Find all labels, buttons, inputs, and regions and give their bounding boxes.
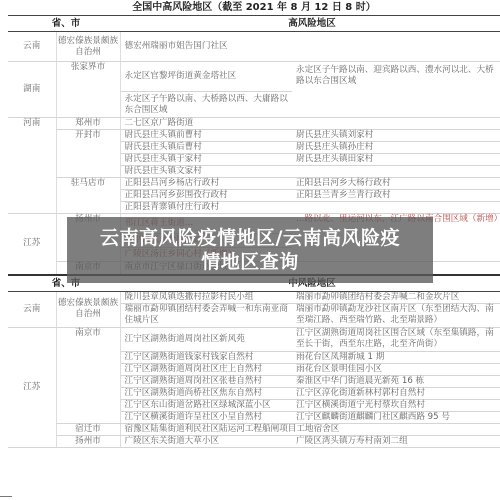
area-cell: 江宁区东山街道岔路社区绿城深蓝小区: [120, 399, 292, 411]
province-cell: 河南: [8, 118, 56, 214]
area-cell: 正阳县兰青乡兰青行政村: [292, 190, 500, 202]
area-cell: 二七区京广路街道: [120, 118, 500, 130]
area-cell: 尉氏县庄头镇前曹村: [120, 130, 292, 142]
area-cell: 尉氏县庄头镇于家村: [120, 154, 292, 166]
area-cell: 江宁区湖熟街道周岗社区围合区域（东至集镇路，南至长干街，西至东庄路，北至齐尚街）: [292, 327, 500, 351]
city-cell: 张家界市: [56, 62, 120, 118]
city-cell: 南京市: [56, 327, 120, 423]
article-title-overlay: 云南高风险疫情地区/云南高风险疫 情地区查询: [67, 217, 433, 283]
area-cell: 尉氏县庄头镇文家村: [120, 166, 292, 178]
area-cell: 永定区子午路以南、大桥路以西、大庸路以东合围区域: [120, 92, 292, 118]
table-row: 宿迁市 宿豫区陆集街道利民社区陆运河工程船闸项目工地宿舍区: [8, 423, 500, 435]
province-cell: 江苏: [8, 214, 56, 275]
area-cell: 广陵区东关街道大草小区: [120, 435, 292, 447]
area-cell: 正阳县吕河乡杨店行政村: [120, 178, 292, 190]
area-cell: 江宁区湖熟街道周岗社区庄上自然村: [120, 363, 292, 375]
area-cell: 江宁区淳化街道新林村郭村自然村: [292, 387, 500, 399]
area-cell: 雨花台区景明佳园小区: [292, 363, 500, 375]
area-cell: 尉氏县庄头镇后曹村: [120, 142, 292, 154]
table-row: 扬州市 广陵区东关街道大草小区 广陵区湾头镇万寿村南刘二组: [8, 435, 500, 447]
city-cell: 开封市: [56, 130, 120, 178]
area-cell: 尉氏县庄头镇刘家村: [292, 130, 500, 142]
area-cell: 江宁区横溪街道许呈社区小呈自然村: [120, 411, 292, 423]
table-row: 河南 郑州市 二七区京广路街道: [8, 118, 500, 130]
area-cell: 陇川县章凤镇迭撒村拉影村民小组: [120, 291, 292, 303]
city-cell: 郑州市: [56, 118, 120, 130]
table-row: 云南 德宏傣族景颇族自治州 陇川县章凤镇迭撒村拉影村民小组 瑞丽市勐卯镇团结村委…: [8, 291, 500, 303]
province-cell: 湖南: [8, 62, 56, 118]
city-cell: 宿迁市: [56, 423, 120, 435]
area-cell: 江宁区湖熟街道钱家村钱家自然村: [120, 351, 292, 363]
province-cell: 云南: [8, 32, 56, 62]
area-cell: 瑞丽市勐卯镇勐龙沙社区南片区（东至团结大沟、南至瑞江路、西至瑞竹路、北至瑞景路）: [292, 303, 500, 327]
city-cell: 德宏傣族景颇族自治州: [56, 291, 120, 327]
area-cell: 正阳县青寨镇付庄行政村: [120, 202, 292, 214]
overlay-title-line2: 情地区查询: [201, 250, 299, 274]
area-cell: 尉氏县庄头镇田家村: [292, 154, 500, 166]
province-cell: 江苏: [8, 327, 56, 447]
table-row: 云南 德宏傣族景颇族自治州 德宏州瑞丽市姐告国门社区: [8, 32, 500, 62]
table-row: 湖南 张家界市 永定区官黎坪街道黄金塔社区 永定区子午路以南、迎宾路以西、澧水河…: [8, 62, 500, 92]
header-province: 省、市: [8, 16, 120, 32]
city-cell: 驻马店市: [56, 178, 120, 214]
document-title: 全国中高风险地区（截至 2021 年 8 月 12 日 8 时）: [8, 0, 500, 16]
table-row: 驻马店市 正阳县吕河乡杨店行政村 正阳县吕河乡大杨行政村: [8, 178, 500, 190]
high-risk-header-row: 省、市 高风险地区: [8, 16, 500, 32]
table-row: 江苏 南京市 江宁区湖熟街道周岗社区新风苑 江宁区湖熟街道周岗社区围合区域（东至…: [8, 327, 500, 351]
area-cell: 德宏州瑞丽市姐告国门社区: [120, 32, 500, 62]
area-cell: 瑞丽市勐卯镇团结村委会弄喊一和东南亚商住城片区: [120, 303, 292, 327]
area-cell: 永定区官黎坪街道黄金塔社区: [120, 62, 292, 92]
area-cell: 江宁区横溪街道宁光村蔡坎自然村: [292, 399, 500, 411]
area-cell: 江宁区湖熟街道周岗社区新风苑: [120, 327, 292, 351]
area-cell: 永定区子午路以南、迎宾路以西、澧水河以北、大桥路以东合围区域: [292, 62, 500, 118]
area-cell: 宿豫区陆集街道利民社区陆运河工程船闸项目工地宿舍区: [120, 423, 500, 435]
overlay-title-line1: 云南高风险疫情地区/云南高风险疫: [100, 226, 400, 250]
table-row: 开封市 尉氏县庄头镇前曹村 尉氏县庄头镇刘家村: [8, 130, 500, 142]
area-cell: 雨花台区凤翔新城 1 期: [292, 351, 500, 363]
area-cell: 广陵区湾头镇万寿村南刘二组: [292, 435, 500, 447]
area-cell: [292, 202, 500, 214]
area-cell: 正阳县吕河乡彭围孜行政村: [120, 190, 292, 202]
area-cell: 秦淮区中华门街道晨光新苑 16 栋: [292, 375, 500, 387]
divider: [0, 496, 12, 497]
province-cell: 云南: [8, 291, 56, 327]
area-cell: 江宁区湖熟街道尚桥社区焦东自然村: [120, 387, 292, 399]
header-high-risk-areas: 高风险地区: [120, 16, 500, 32]
area-cell: [292, 166, 500, 178]
area-cell: 瑞丽市勐卯镇团结村委会弄喊二和金坎片区: [292, 291, 500, 303]
area-cell: 江宁区湖熟街道周岗社区张巷自然村: [120, 375, 292, 387]
city-cell: 扬州市: [56, 435, 120, 447]
area-cell: 尉氏县庄头镇孙庄村: [292, 142, 500, 154]
area-cell: 正阳县吕河乡大杨行政村: [292, 178, 500, 190]
city-cell: 德宏傣族景颇族自治州: [56, 32, 120, 62]
area-cell: 江宁区麒麟街道麒麟门社区麒西路 95 号: [292, 411, 500, 423]
